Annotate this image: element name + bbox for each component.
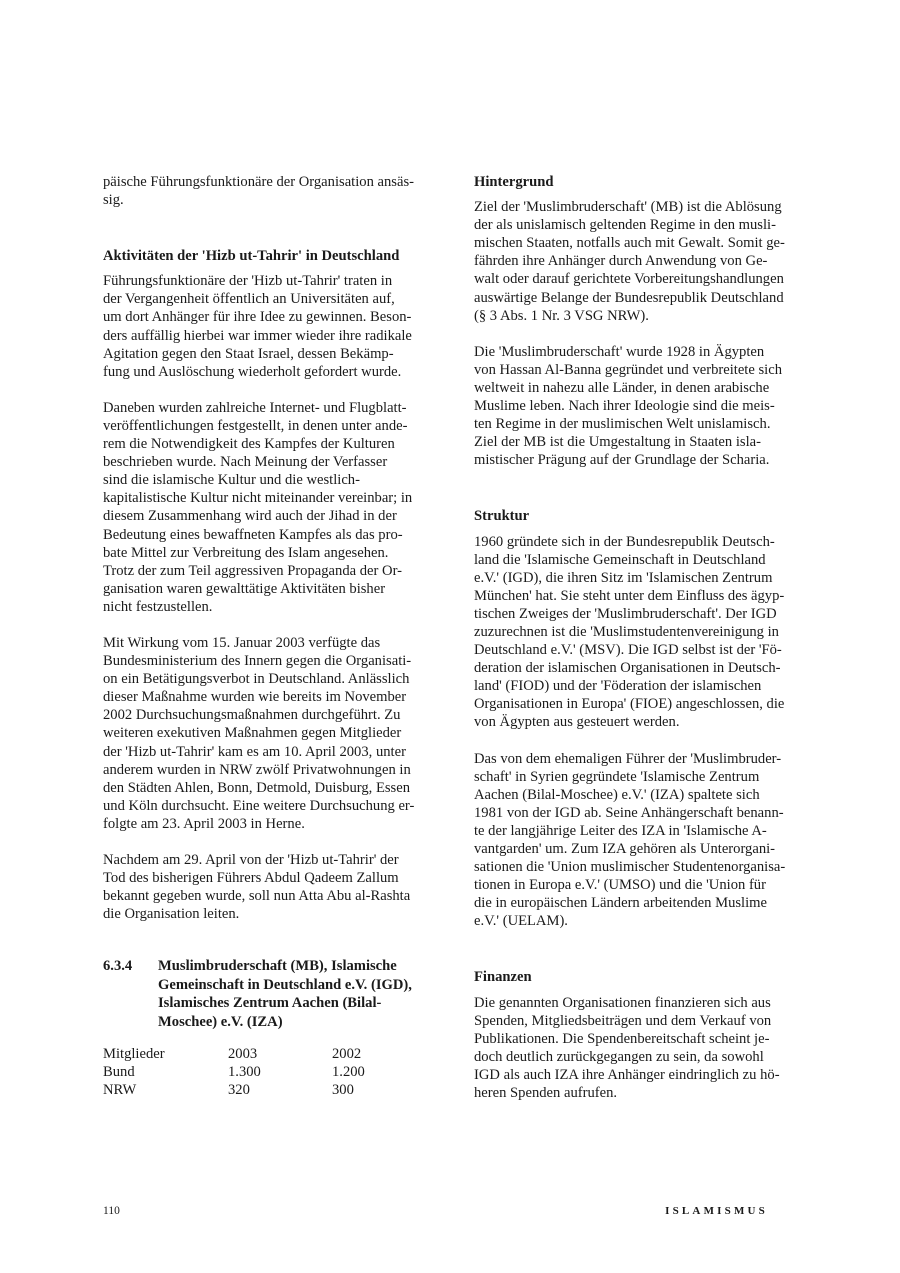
- structure-paragraph-1: 1960 gründete sich in der Bundesrepublik…: [474, 533, 800, 732]
- table-cell: NRW: [103, 1081, 228, 1099]
- activities-paragraph-3: Mit Wirkung vom 15. Januar 2003 verfügte…: [103, 634, 428, 833]
- table-cell: 1.200: [332, 1063, 365, 1081]
- activities-paragraph-2: Daneben wurden zahlreiche Internet- und …: [103, 399, 428, 616]
- table-row: Bund 1.300 1.200: [103, 1063, 365, 1081]
- table-row: NRW 320 300: [103, 1081, 365, 1099]
- section-heading-6-3-4: 6.3.4 Muslimbruderschaft (MB), Islamisch…: [103, 957, 428, 1031]
- heading-structure: Struktur: [474, 507, 800, 525]
- running-title: ISLAMISMUS: [665, 1205, 768, 1217]
- background-paragraph-1: Ziel der 'Muslimbruderschaft' (MB) ist d…: [474, 198, 800, 325]
- background-paragraph-2: Die 'Muslimbruderschaft' wurde 1928 in Ä…: [474, 343, 800, 470]
- table-cell: 300: [332, 1081, 365, 1099]
- table-header-row: Mitglieder 2003 2002: [103, 1045, 365, 1063]
- heading-activities: Aktivitäten der 'Hizb ut-Tahrir' in Deut…: [103, 247, 428, 265]
- table-cell: Bund: [103, 1063, 228, 1081]
- intro-paragraph: päische Führungsfunktionäre der Organisa…: [103, 173, 428, 209]
- right-column: Hintergrund Ziel der 'Muslimbruderschaft…: [474, 173, 800, 1102]
- finance-paragraph: Die genannten Organisationen finanzieren…: [474, 994, 800, 1103]
- page-number: 110: [103, 1205, 120, 1217]
- table-header-cell: 2003: [228, 1045, 332, 1063]
- table-cell: 1.300: [228, 1063, 332, 1081]
- table-header-cell: Mitglieder: [103, 1045, 228, 1063]
- section-number: 6.3.4: [103, 957, 158, 1031]
- members-table: Mitglieder 2003 2002 Bund 1.300 1.200 NR…: [103, 1045, 365, 1099]
- structure-paragraph-2: Das von dem ehemaligen Führer der 'Musli…: [474, 750, 800, 931]
- left-column: päische Führungsfunktionäre der Organisa…: [103, 173, 428, 1099]
- section-title: Muslimbruderschaft (MB), Islamische Geme…: [158, 957, 428, 1031]
- heading-background: Hintergrund: [474, 173, 800, 191]
- activities-paragraph-4: Nachdem am 29. April von der 'Hizb ut-Ta…: [103, 851, 428, 923]
- table-cell: 320: [228, 1081, 332, 1099]
- activities-paragraph-1: Führungsfunktionäre der 'Hizb ut-Tahrir'…: [103, 272, 428, 381]
- table-header-cell: 2002: [332, 1045, 365, 1063]
- heading-finance: Finanzen: [474, 968, 800, 986]
